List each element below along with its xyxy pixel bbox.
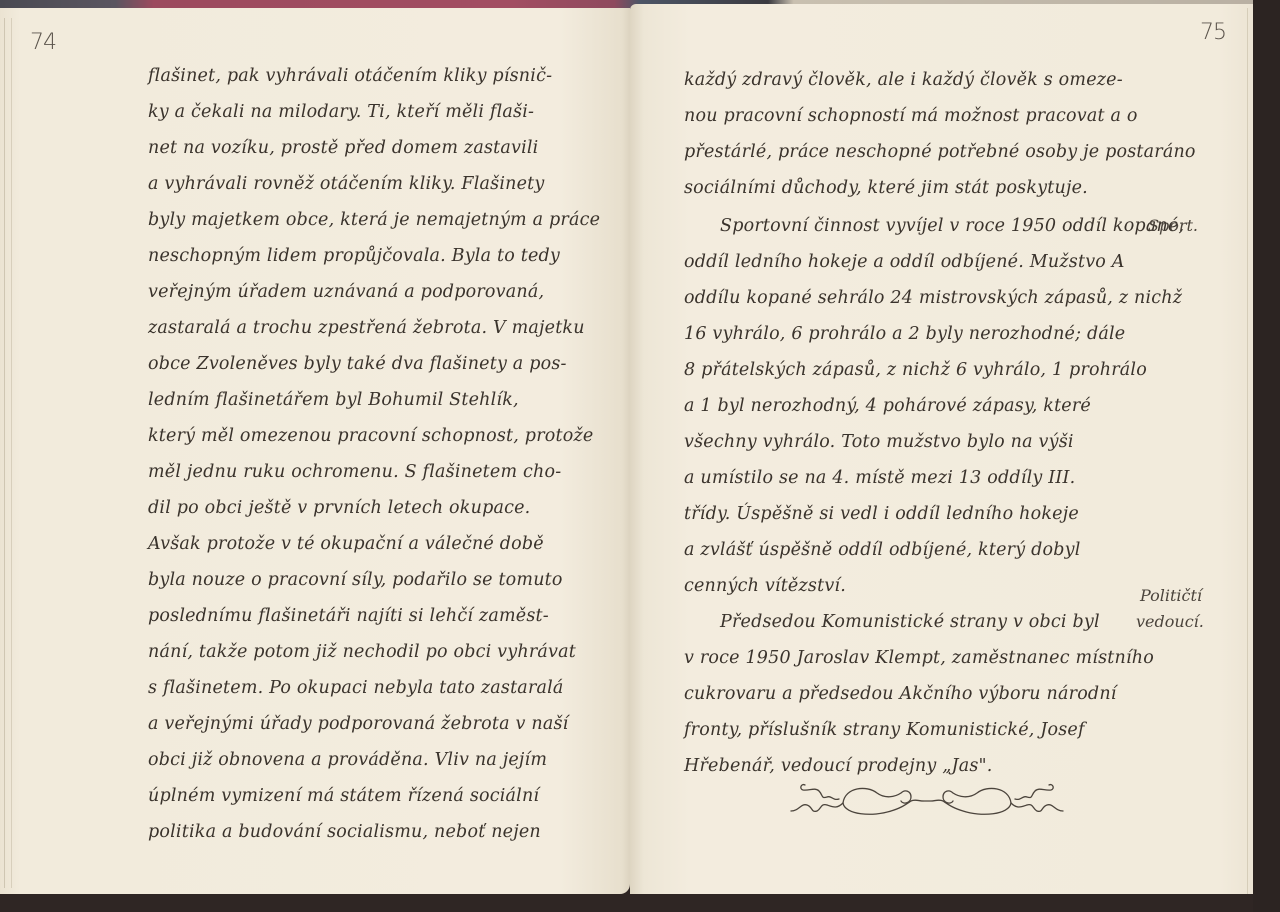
text-line: Hřebenář, vedoucí prodejny „Jas". xyxy=(684,756,993,776)
book-cover-edge xyxy=(1253,0,1280,912)
text-line: dil po obci ještě v prvních letech okupa… xyxy=(148,498,530,518)
text-line: zastaralá a trochu zpestřená žebrota. V … xyxy=(148,318,585,338)
text-line: cukrovaru a předsedou Akčního výboru nár… xyxy=(684,684,1117,704)
text-line: přestárlé, práce neschopné potřebné osob… xyxy=(684,142,1196,162)
text-line: a veřejnými úřady podporovaná žebrota v … xyxy=(148,714,568,734)
text-line: měl jednu ruku ochromenu. S flašinetem c… xyxy=(148,462,561,482)
text-line: byly majetkem obce, která je nemajetným … xyxy=(148,210,600,230)
margin-note-political-2: vedoucí. xyxy=(1136,612,1204,631)
text-line: ledním flašinetářem byl Bohumil Stehlík, xyxy=(148,390,519,410)
text-line: s flašinetem. Po okupaci nebyla tato zas… xyxy=(148,678,564,698)
page-edge xyxy=(1247,8,1248,894)
text-line: oddíl ledního hokeje a oddíl odbíjené. M… xyxy=(684,252,1125,272)
text-line: Avšak protože v té okupační a válečné do… xyxy=(148,534,544,554)
text-line: třídy. Úspěšně si vedl i oddíl ledního h… xyxy=(684,504,1079,524)
page-number-right: 75 xyxy=(1200,20,1226,45)
text-line: nání, takže potom již nechodil po obci v… xyxy=(148,642,576,662)
text-line: neschopným lidem propůjčovala. Byla to t… xyxy=(148,246,560,266)
text-line: každý zdravý člověk, ale i každý člověk … xyxy=(684,70,1123,90)
text-line: net na vozíku, prostě před domem zastavi… xyxy=(148,138,538,158)
right-page: 75 každý zdravý člověk, ale i každý člov… xyxy=(630,4,1253,894)
ornament-flourish-icon xyxy=(787,775,1067,825)
text-line: a zvlášť úspěšně oddíl odbíjené, který d… xyxy=(684,540,1081,560)
text-line: obci již obnovena a prováděna. Vliv na j… xyxy=(148,750,547,770)
text-line: v roce 1950 Jaroslav Klempt, zaměstnanec… xyxy=(684,648,1154,668)
text-line: úplném vymizení má státem řízená sociáln… xyxy=(148,786,539,806)
text-line: 8 přátelských zápasů, z nichž 6 vyhrálo,… xyxy=(684,360,1147,380)
page-stack-edge xyxy=(4,18,12,888)
text-line: veřejným úřadem uznávaná a podporovaná, xyxy=(148,282,544,302)
paragraph-start-sport: Sportovní činnost vyvíjel v roce 1950 od… xyxy=(720,216,1184,236)
text-line: a umístilo se na 4. místě mezi 13 oddíly… xyxy=(684,468,1075,488)
text-line: politika a budování socialismu, neboť ne… xyxy=(148,822,541,842)
text-line: flašinet, pak vyhrávali otáčením kliky p… xyxy=(148,66,552,86)
text-line: poslednímu flašinetáři najíti si lehčí z… xyxy=(148,606,549,626)
text-line: všechny vyhrálo. Toto mužstvo bylo na vý… xyxy=(684,432,1074,452)
text-line: ky a čekali na milodary. Ti, kteří měli … xyxy=(148,102,534,122)
text-line: obce Zvoleněves byly také dva flašinety … xyxy=(148,354,567,374)
page-number-left: 74 xyxy=(30,30,56,55)
text-line: sociálními důchody, které jim stát posky… xyxy=(684,178,1088,198)
text-line: a vyhrávali rovněž otáčením kliky. Flaši… xyxy=(148,174,544,194)
text-line: 16 vyhrálo, 6 prohrálo a 2 byly nerozhod… xyxy=(684,324,1125,344)
text-line: a 1 byl nerozhodný, 4 pohárové zápasy, k… xyxy=(684,396,1091,416)
text-line: fronty, příslušník strany Komunistické, … xyxy=(684,720,1085,740)
left-page: 74 flašinet, pak vyhrávali otáčením klik… xyxy=(0,8,630,894)
text-line: který měl omezenou pracovní schopnost, p… xyxy=(148,426,593,446)
margin-note-sport: Sport. xyxy=(1148,216,1198,235)
margin-note-political-1: Političtí xyxy=(1140,586,1202,605)
text-line: nou pracovní schopností má možnost praco… xyxy=(684,106,1138,126)
text-line: cenných vítězství. xyxy=(684,576,846,596)
text-line: oddílu kopané sehrálo 24 mistrovských zá… xyxy=(684,288,1182,308)
paragraph-start-politics: Předsedou Komunistické strany v obci byl xyxy=(720,612,1100,632)
text-line: byla nouze o pracovní síly, podařilo se … xyxy=(148,570,563,590)
